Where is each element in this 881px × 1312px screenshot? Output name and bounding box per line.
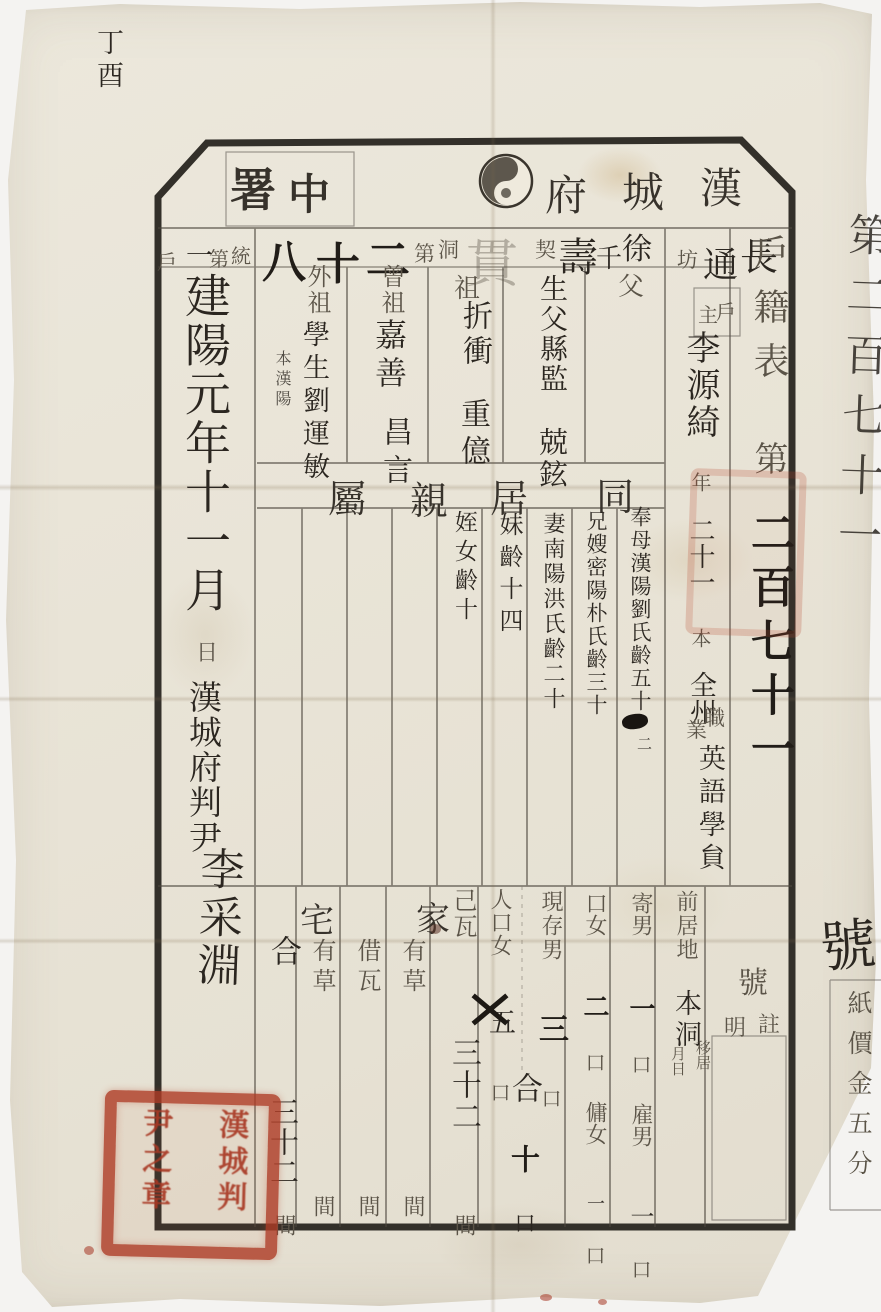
father-field-label: 父 xyxy=(618,266,644,303)
header-city-char: 漢 xyxy=(700,156,742,216)
hired-female-label: 傭女 xyxy=(582,1101,607,1145)
house-rent-tile-column: 借瓦 間 xyxy=(350,938,385,1217)
ho-number: 一 xyxy=(186,234,213,273)
official-red-seal: 漢城判 尹之章 xyxy=(101,1090,281,1261)
issuer-title: 漢城府判尹 xyxy=(180,680,227,855)
family-member-mother-age-correction: 二 xyxy=(634,736,655,751)
move-date-label: 移居 xyxy=(693,1040,714,1070)
householder-name: 李源綺 xyxy=(680,330,720,441)
ghost-seal-offset xyxy=(685,468,807,638)
note-label-char: 明 xyxy=(724,1011,746,1042)
count-unit: 口 xyxy=(628,1259,652,1279)
family-section-header-char: 親 xyxy=(410,470,448,525)
red-stain xyxy=(598,1299,607,1305)
family-member-wife: 妻南陽洪氏齡二十 xyxy=(537,512,568,712)
householder-occupation: 英語學貟 xyxy=(690,744,729,876)
header-district-char: 中 xyxy=(288,162,330,222)
kan-unit: 間 xyxy=(400,1195,425,1217)
count-unit: 口 xyxy=(582,1245,606,1265)
gye-field-label: 契 xyxy=(535,234,556,264)
house-own-tile-label: 己瓦 xyxy=(449,888,477,940)
present-male-count: 三 xyxy=(533,1013,568,1043)
grandfather-name: 重億 xyxy=(450,398,494,472)
ho-field-label: 戶 xyxy=(157,246,177,275)
hired-female-count: 一 xyxy=(584,1194,605,1212)
day-field-label: 日 xyxy=(196,636,218,667)
previous-residence-label: 前居地 xyxy=(673,890,698,962)
maternal-grandfather-origin: 本漢陽 xyxy=(271,350,294,410)
father-entry: 生父縣監 xyxy=(536,274,569,394)
total-label: 合 xyxy=(506,1072,542,1103)
red-stain xyxy=(84,1246,94,1255)
family-member-younger-sister: 妹齡十四 xyxy=(492,512,527,640)
family-section-header-char: 屬 xyxy=(328,468,366,523)
maternal-grandfather-entry: 學生劉運敏 xyxy=(294,320,333,485)
form-title: 戶籍表 xyxy=(748,234,789,396)
great-grandfather-rank: 嘉善 xyxy=(366,318,412,394)
present-male-label: 現存男 xyxy=(538,890,563,962)
lodger-female-column: 口女 二 口 傭女 一 口 xyxy=(576,892,613,1265)
dong-field-label: 第 xyxy=(414,238,435,268)
scanned-document: 丁酉 第二百七十一 號 紙價金五分 漢 城 府 中 署 長 通 坊 徐 千 壽 … xyxy=(0,0,881,1312)
note-label-char: 註 xyxy=(758,1008,780,1039)
header-district-char: 署 xyxy=(230,154,276,220)
header-city-char: 府 xyxy=(545,163,587,223)
margin-fee-no-label: 號 xyxy=(817,900,878,984)
house-total-label: 合 xyxy=(265,935,301,966)
father-name: 兢鉉 xyxy=(535,427,569,491)
lodger-male-label: 寄男 xyxy=(628,892,653,936)
bang-name-char: 通 xyxy=(703,238,738,288)
house-own-tile-column: 己瓦 三十二 間 xyxy=(441,888,485,1236)
count-unit: 口 xyxy=(628,1054,652,1074)
job-field-label-char: 業 xyxy=(686,714,707,744)
family-member-niece: 姪女齡十 xyxy=(448,510,481,626)
lodger-male-column: 寄男 一 口 雇男 一 口 xyxy=(622,892,659,1279)
lot-thatch-label: 有草 xyxy=(308,938,336,998)
red-stain xyxy=(540,1294,552,1301)
header-city-char: 城 xyxy=(622,160,664,220)
hired-male-count: 一 xyxy=(626,1204,654,1228)
seal-text-right: 漢城判 xyxy=(205,1104,253,1247)
taegeuk-icon xyxy=(480,155,532,207)
father-entry-column: 生父縣監 兢鉉 xyxy=(532,274,573,491)
maternal-grandfather-field-label: 外祖 xyxy=(300,264,335,316)
previous-residence-column: 前居地 本洞 xyxy=(666,890,705,1051)
grandfather-rank: 折衝 xyxy=(452,300,496,370)
count-unit: 口 xyxy=(582,1052,606,1072)
householder-label-char: 主 xyxy=(698,299,718,328)
kan-unit: 間 xyxy=(355,1195,380,1217)
move-date-label: 月日 xyxy=(668,1046,689,1076)
house-own-tile-size: 三十二 xyxy=(446,1037,481,1133)
house-own-thatch-label: 有草 xyxy=(398,938,426,998)
lodger-female-label: 口女 xyxy=(582,892,607,936)
count-unit: 口 xyxy=(512,1212,536,1233)
job-field-label-char: 職 xyxy=(704,702,725,732)
corner-year-mark: 丁酉 xyxy=(88,28,127,94)
house-own-thatch-column: 有草 間 xyxy=(395,938,430,1217)
house-rent-tile-label: 借瓦 xyxy=(353,938,381,998)
tong-field-label: 統 xyxy=(231,240,251,269)
lodger-male-count: 一 xyxy=(625,995,655,1021)
bang-field-label: 坊 xyxy=(677,244,698,274)
dong-field-label: 洞 xyxy=(438,234,459,264)
family-member-sister-in-law: 兄嫂密陽朴氏齡三十 xyxy=(581,510,611,717)
great-grandfather-field-label: 曾祖 xyxy=(374,264,409,316)
note-no-label: 號 xyxy=(738,958,768,1002)
issuer-signature: 李采淵 xyxy=(182,845,251,991)
present-female-label: 人口女 xyxy=(487,888,512,957)
lot-thatch-column: 有草 間 xyxy=(305,938,340,1217)
kan-unit: 間 xyxy=(310,1195,335,1217)
total-count: 十 xyxy=(507,1144,541,1173)
hired-male-label: 雇男 xyxy=(628,1103,653,1147)
population-total-column: 合 十 口 xyxy=(502,1072,547,1233)
family-member-mother: 奉母漢陽劉氏齡五十 xyxy=(625,506,655,713)
householder-label-char: 戶 xyxy=(716,296,736,325)
issue-date: 建陽元年十一月 xyxy=(172,272,238,615)
ink-smudge xyxy=(430,924,441,934)
seal-text-left: 尹之章 xyxy=(129,1102,177,1245)
kan-unit: 間 xyxy=(451,1214,476,1236)
margin-paper-fee: 紙價金五分 xyxy=(840,990,876,1190)
gye-name-char: 徐 xyxy=(622,224,652,268)
lodger-female-count: 二 xyxy=(579,993,609,1019)
